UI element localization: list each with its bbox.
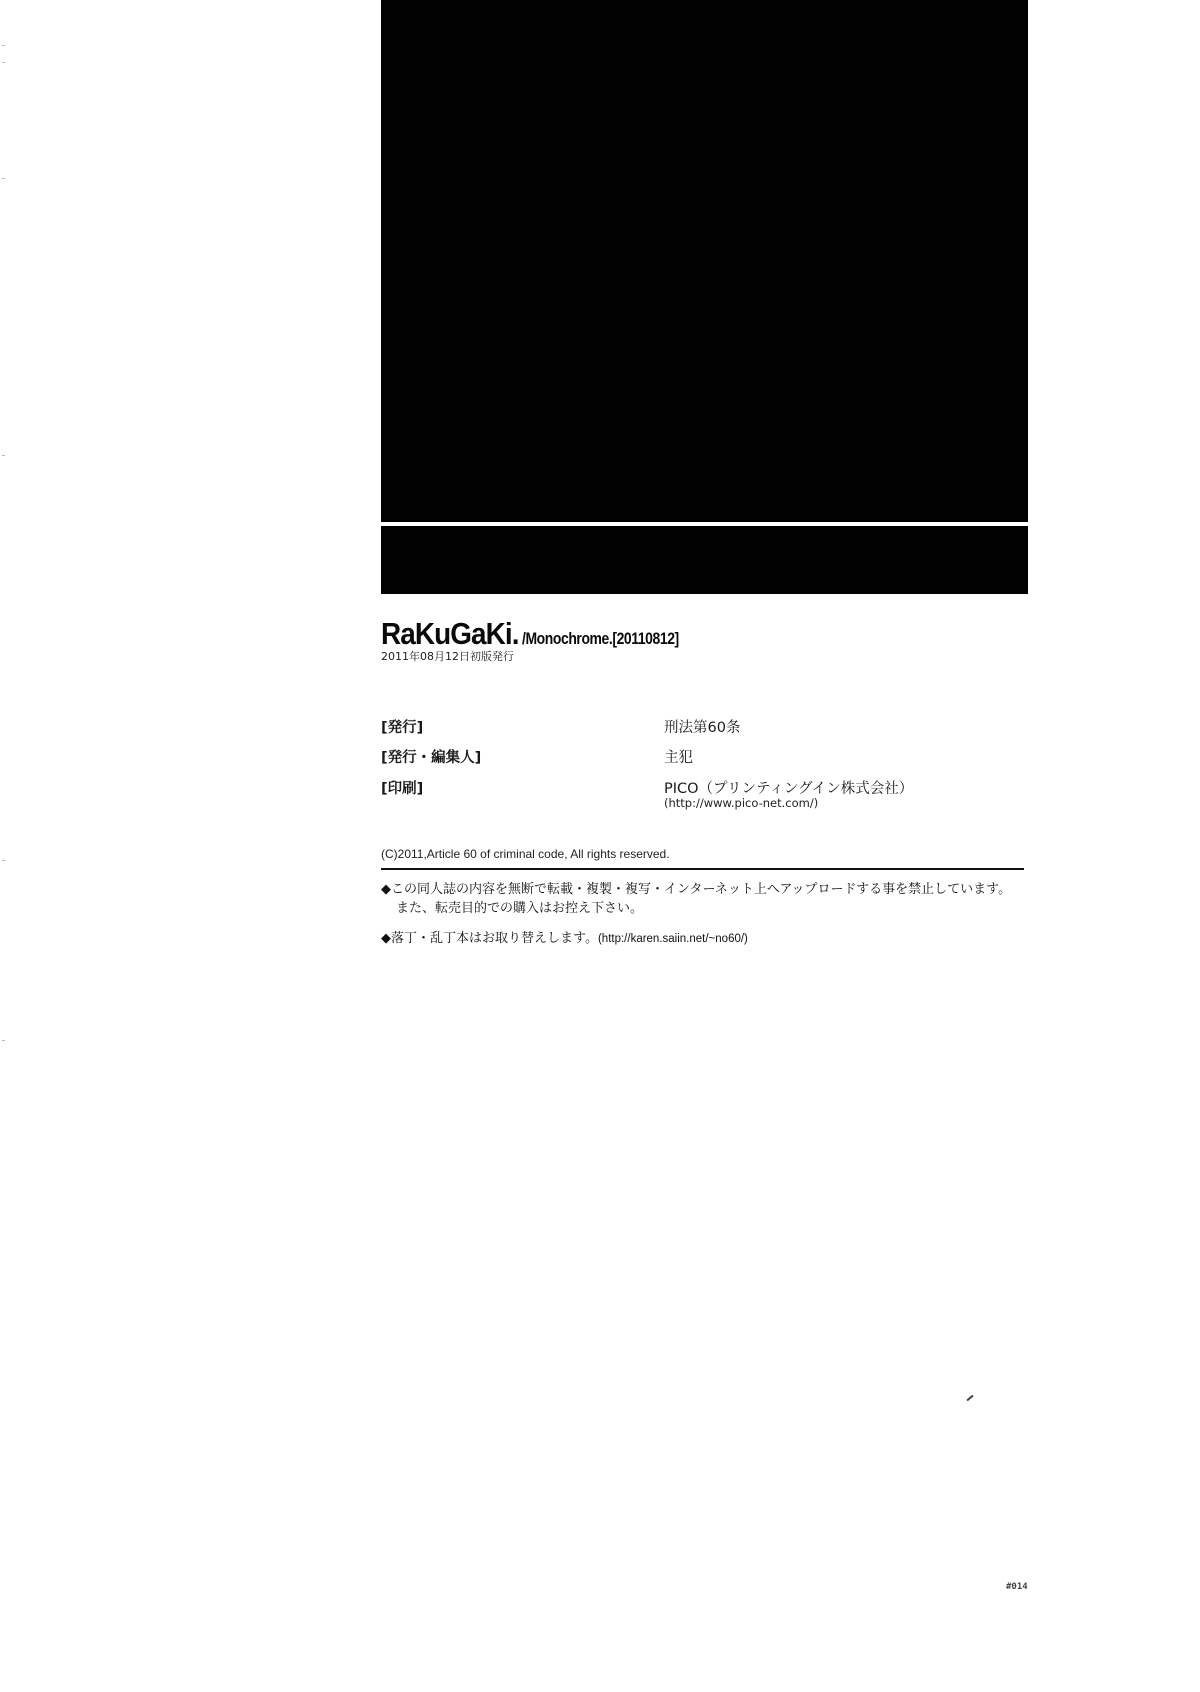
book-title-sub: /Monochrome.[20110812] — [522, 629, 679, 649]
credit-value-publisher: 刑法第60条 — [664, 716, 740, 737]
reproduction-notice-line1: ◆この同人誌の内容を無断で転載・複製・複写・インターネット上へアップロードする事… — [381, 882, 1011, 897]
credit-value-printer: PICO（プリンティングイン株式会社） — [664, 777, 913, 798]
credit-label-publisher: [発行] — [381, 716, 423, 737]
black-image-panel — [381, 0, 1028, 522]
credit-value-editor: 主犯 — [664, 746, 693, 767]
black-band-panel — [381, 526, 1028, 594]
credit-label-editor: [発行・編集人] — [381, 746, 481, 767]
reproduction-notice-line2: また、転売目的での購入はお控え下さい。 — [381, 899, 1011, 918]
replacement-notice: ◆落丁・乱丁本はお取り替えします。(http://karen.saiin.net… — [381, 929, 748, 949]
book-title-main: RaKuGaKi. — [381, 616, 519, 652]
scan-speck — [2, 45, 5, 46]
book-title: RaKuGaKi./Monochrome.[20110812] — [381, 616, 713, 652]
publication-date: 2011年08月12日初版発行 — [381, 648, 514, 664]
scan-speck — [2, 178, 5, 179]
scan-speck — [2, 1040, 5, 1041]
replacement-notice-text: ◆落丁・乱丁本はお取り替えします。 — [381, 931, 598, 946]
scan-speck — [2, 62, 5, 63]
credit-label-printer: [印刷] — [381, 777, 423, 798]
divider-rule — [381, 868, 1024, 870]
scan-speck — [2, 860, 5, 861]
scan-speck — [2, 455, 5, 456]
copyright-notice: (C)2011,Article 60 of criminal code, All… — [381, 847, 670, 861]
printer-url-link[interactable]: (http://www.pico-net.com/) — [664, 796, 818, 810]
reproduction-notice: ◆この同人誌の内容を無断で転載・複製・複写・インターネット上へアップロードする事… — [381, 880, 1011, 918]
scan-artifact-mark — [966, 1395, 973, 1402]
replacement-url-link[interactable]: (http://karen.saiin.net/~no60/) — [598, 933, 748, 945]
page-number: #014 — [1006, 1582, 1028, 1592]
